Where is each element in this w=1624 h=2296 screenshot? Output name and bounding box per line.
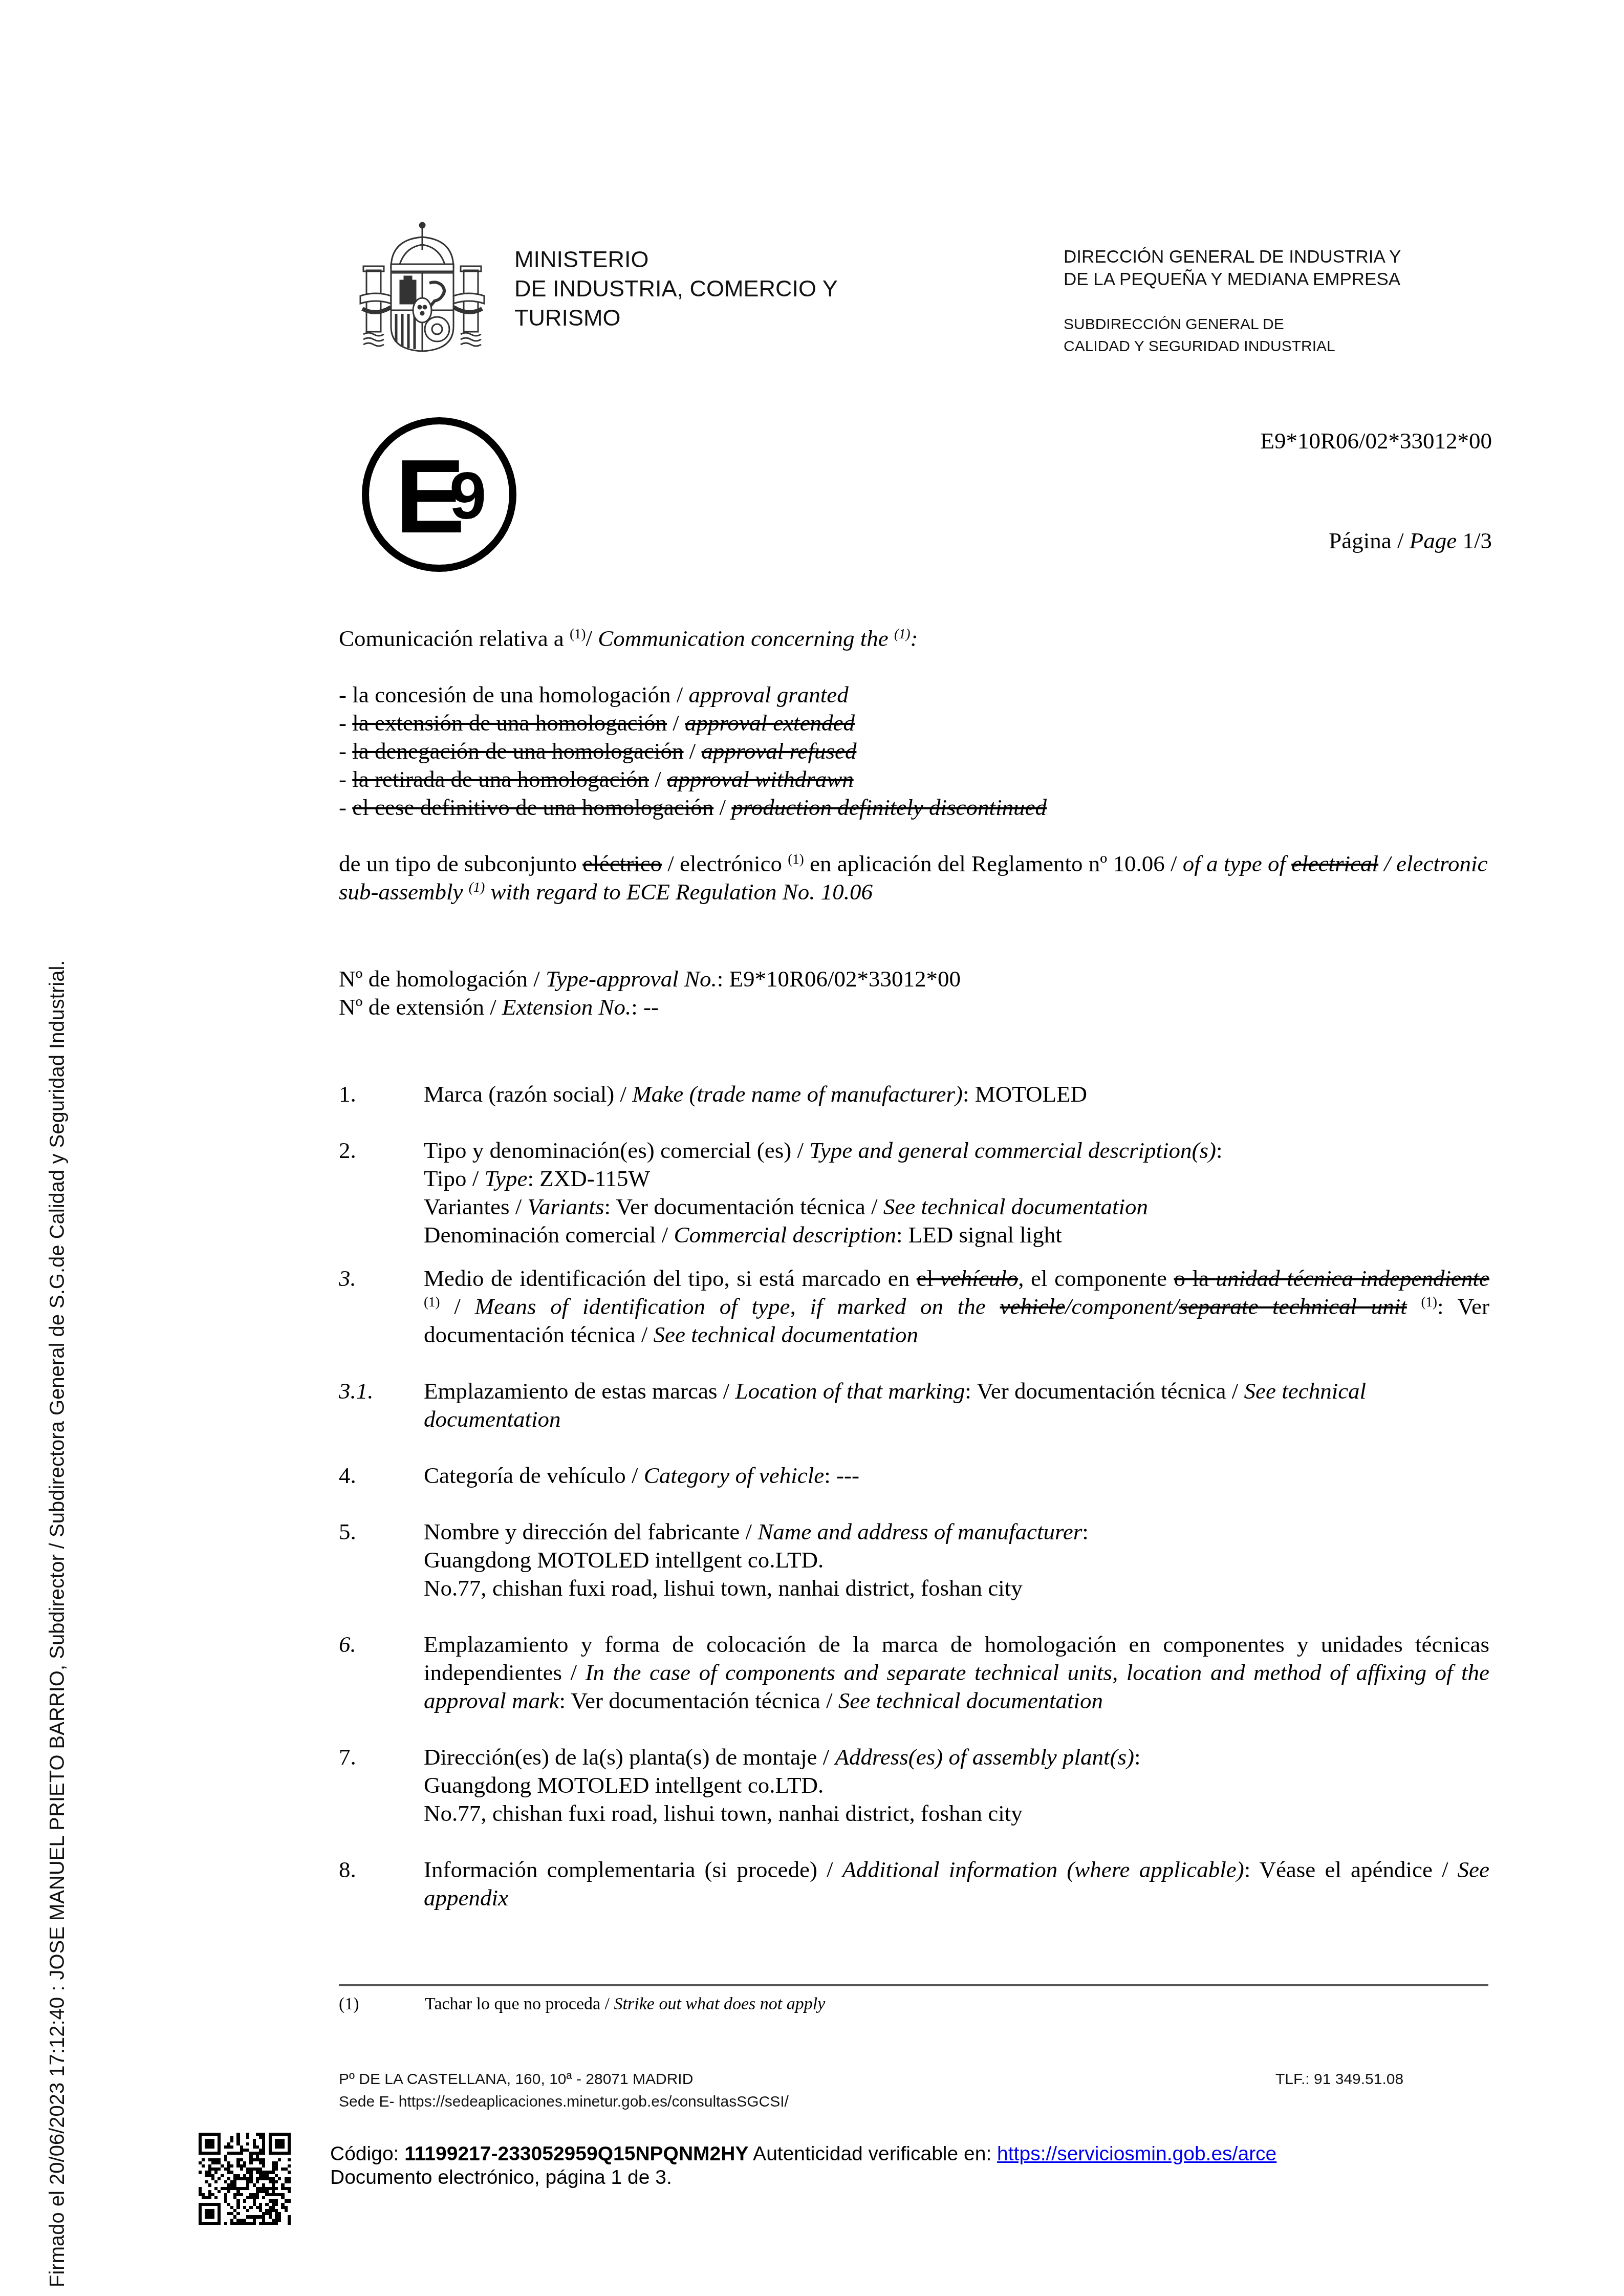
- electronic-page-info: Documento electrónico, página 1 de 3.: [330, 2166, 1276, 2190]
- communication-intro: Comunicación relativa a (1)/ Communicati…: [339, 625, 918, 653]
- type-approval-number: Nº de homologación / Type-approval No.: …: [339, 965, 961, 993]
- approval-numbers: Nº de homologación / Type-approval No.: …: [339, 965, 961, 1021]
- verification-code: 11199217-233052959Q15NPQNM2HY: [404, 2143, 748, 2165]
- type-line: Tipo / Type: ZXD-115W: [424, 1165, 1489, 1193]
- qr-code-icon[interactable]: [199, 2133, 291, 2225]
- communication-option: - el cese definitivo de una homologación…: [339, 793, 1047, 822]
- extension-number: Nº de extensión / Extension No.: --: [339, 993, 961, 1021]
- sede-electronica: Sede E- https://sedeaplicaciones.minetur…: [339, 2091, 789, 2113]
- page-indicator: Página / Page 1/3: [1329, 527, 1492, 554]
- ministry-name: MINISTERIO DE INDUSTRIA, COMERCIO Y TURI…: [514, 245, 838, 332]
- footnote-divider: [339, 1984, 1488, 1986]
- subassembly-statement: de un tipo de subconjunto eléctrico / el…: [339, 850, 1490, 906]
- e9-approval-circle-icon: E 9: [358, 414, 520, 575]
- spain-coat-of-arms-icon: [355, 219, 489, 357]
- communication-option: - la concesión de una homologación / app…: [339, 681, 1047, 709]
- svg-text:9: 9: [449, 458, 486, 533]
- ministry-address: Pº DE LA CASTELLANA, 160, 10ª - 28071 MA…: [339, 2068, 789, 2113]
- variants-line: Variantes / Variants: Ver documentación …: [424, 1193, 1489, 1221]
- footnote: (1) Tachar lo que no proceda / Strike ou…: [339, 1994, 359, 2014]
- subdireccion-general: SUBDIRECCIÓN GENERAL DE CALIDAD Y SEGURI…: [1064, 313, 1335, 357]
- reference-number: E9*10R06/02*33012*00: [1260, 427, 1492, 454]
- verification-block: Código: 11199217-233052959Q15NPQNM2HY Au…: [330, 2142, 1276, 2190]
- verification-link[interactable]: https://serviciosmin.gob.es/arce: [997, 2143, 1276, 2165]
- phone-number: TLF.: 91 349.51.08: [1275, 2068, 1403, 2091]
- communication-options: - la concesión de una homologación / app…: [339, 681, 1047, 822]
- digital-signature: Firmado el 20/06/2023 17:12:40 : JOSE MA…: [46, 960, 69, 2287]
- communication-option: - la denegación de una homologación / ap…: [339, 737, 1047, 765]
- communication-option: - la retirada de una homologación / appr…: [339, 765, 1047, 793]
- communication-option: - la extensión de una homologación / app…: [339, 709, 1047, 737]
- commercial-description-line: Denominación comercial / Commercial desc…: [424, 1221, 1489, 1249]
- direccion-general: DIRECCIÓN GENERAL DE INDUSTRIA Y DE LA P…: [1064, 246, 1401, 291]
